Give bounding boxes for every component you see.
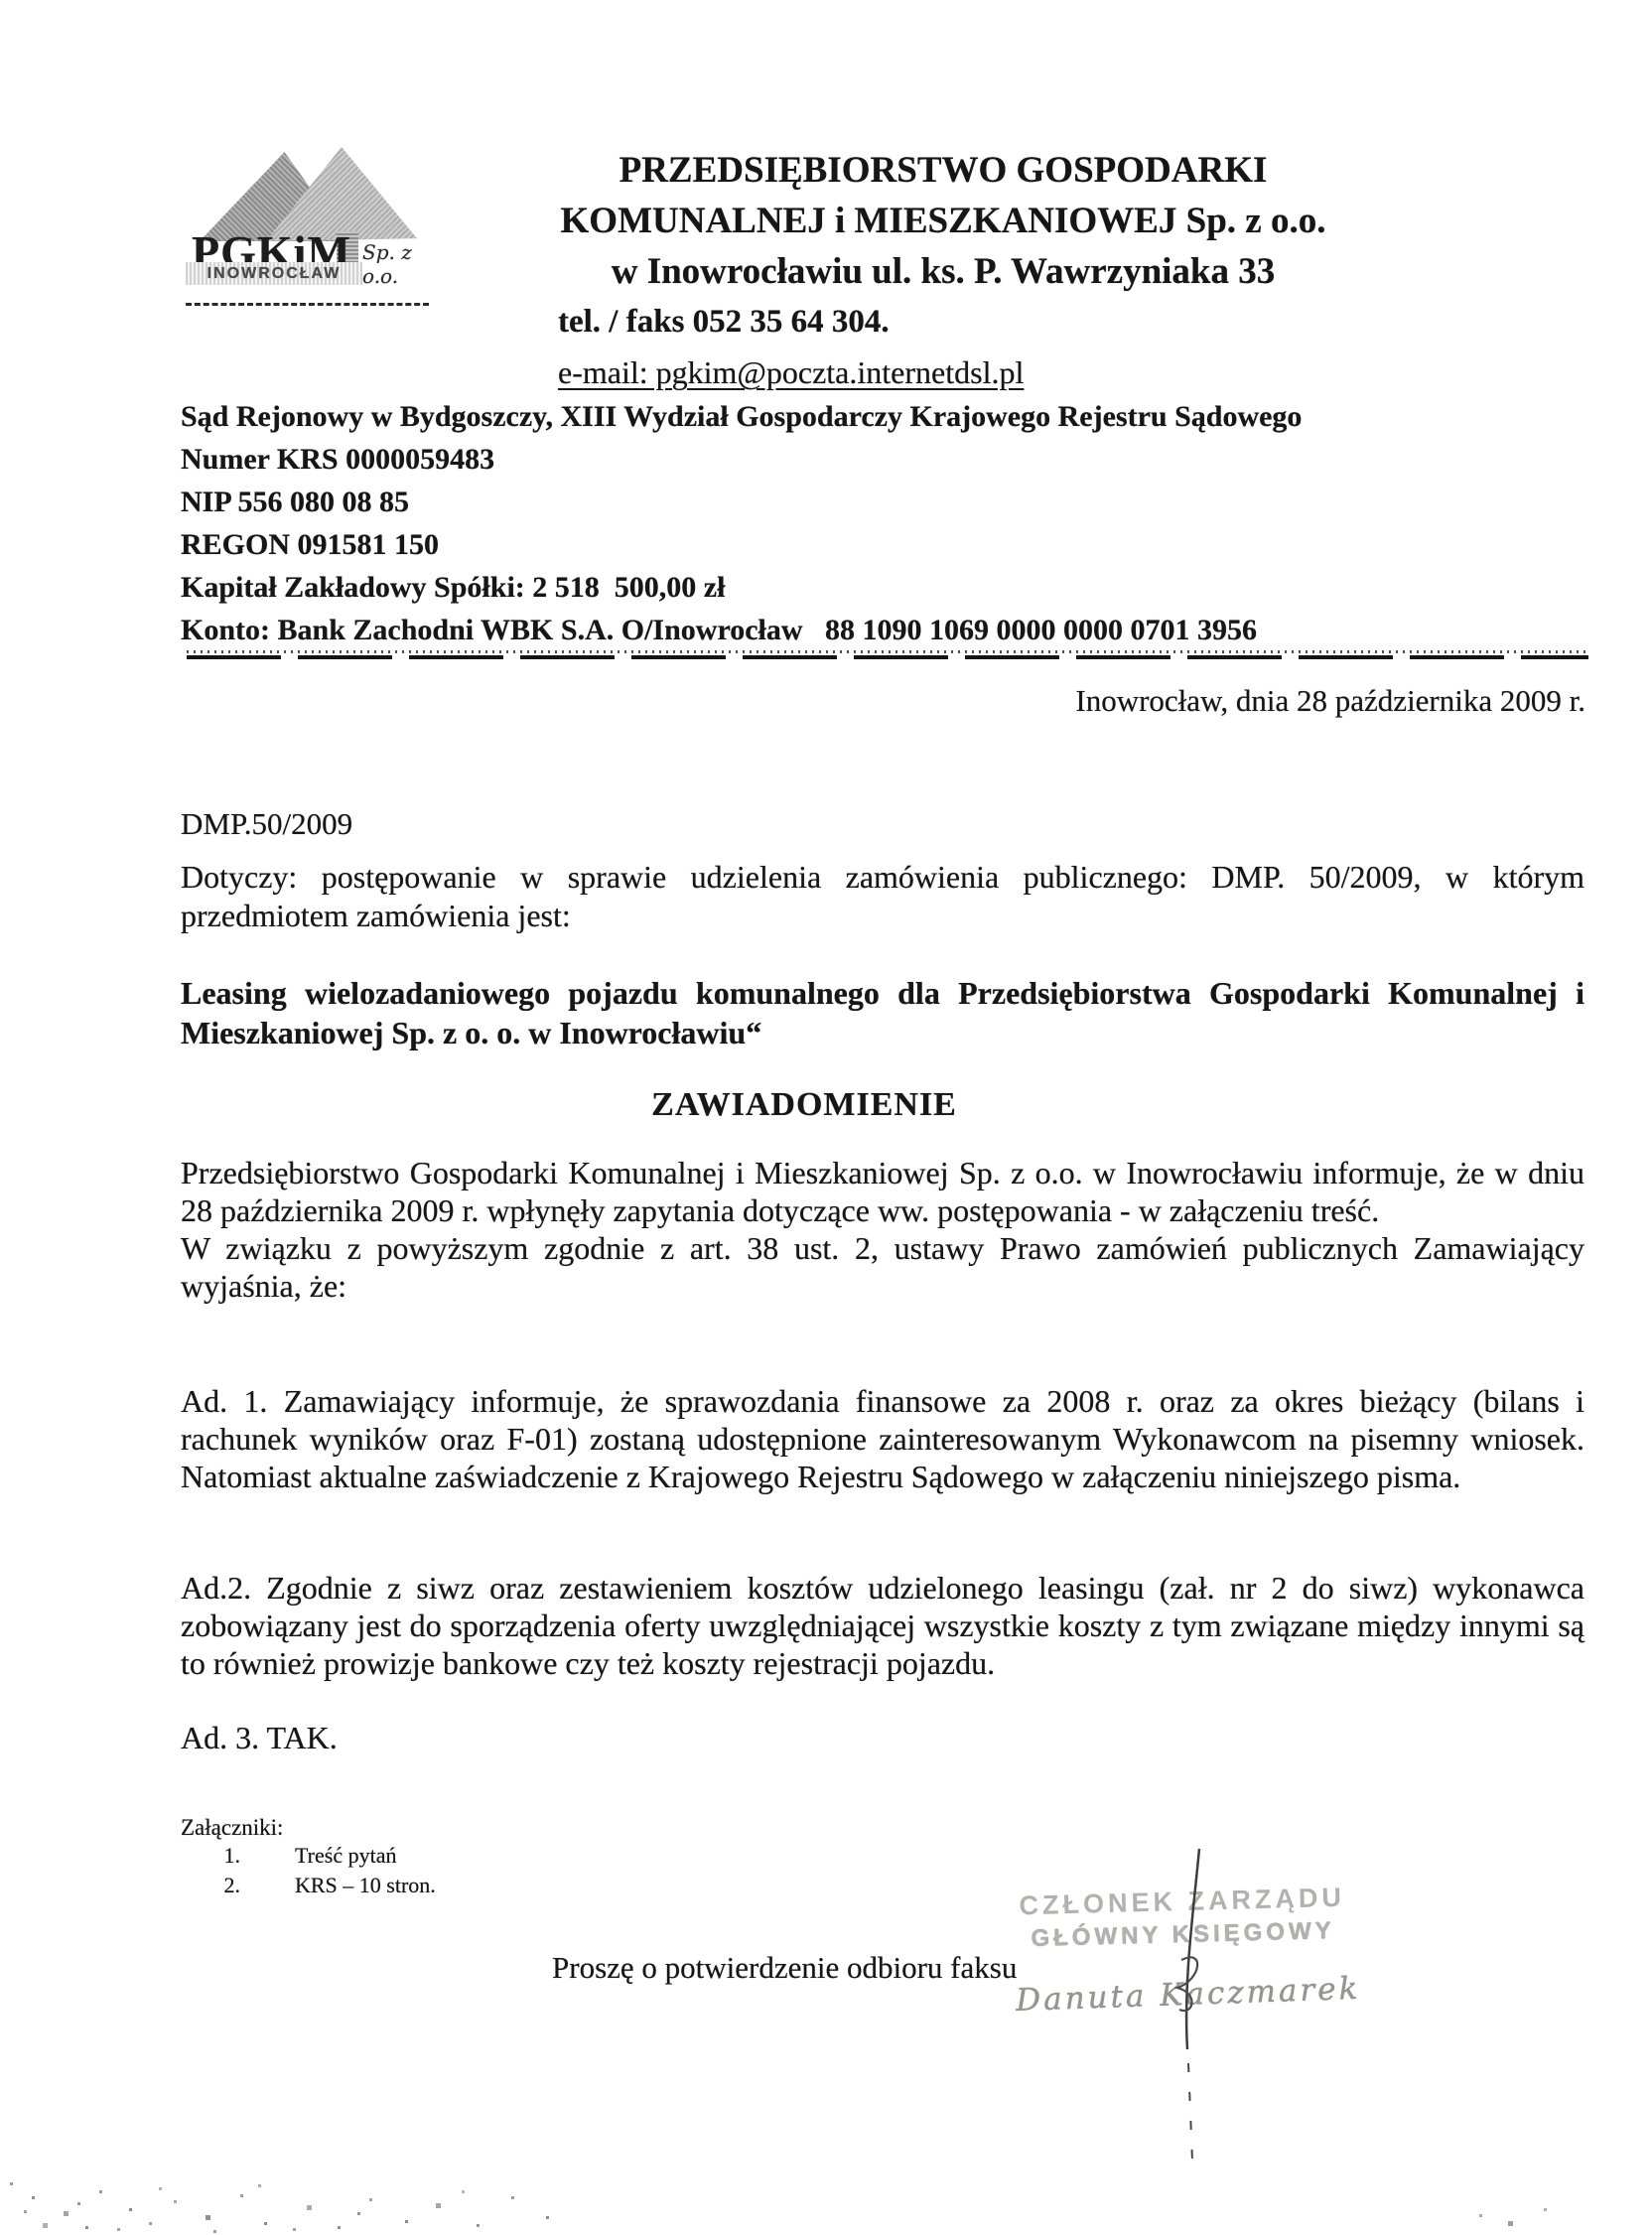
- scanned-letter-page: PGKiM Sp. z o.o. INOWROCŁAW PRZEDSIĘBIOR…: [0, 0, 1652, 2235]
- paragraph-ad1: Ad. 1. Zamawiający informuje, że sprawoz…: [181, 1382, 1584, 1495]
- registry-info: Sąd Rejonowy w Bydgoszczy, XIII Wydział …: [181, 395, 1610, 651]
- scan-noise: [10, 2182, 13, 2185]
- logo-dashed-rule: [186, 303, 429, 306]
- attachment-label: Treść pytań: [240, 1841, 396, 1871]
- date-line: Inowrocław, dnia 28 października 2009 r.: [1075, 683, 1585, 719]
- registry-krs-line: Numer KRS 0000059483: [181, 438, 1610, 481]
- logo-suffix: Sp. z o.o.: [362, 240, 427, 288]
- company-logo: PGKiM Sp. z o.o. INOWROCŁAW: [192, 144, 427, 306]
- attachment-number: 1.: [181, 1841, 240, 1871]
- subject-paragraph: Leasing wielozadaniowego pojazdu komunal…: [181, 973, 1584, 1052]
- attachment-number: 2.: [181, 1871, 240, 1900]
- notice-heading: ZAWIADOMIENIE: [181, 1086, 1428, 1124]
- attachment-item: 1. Treść pytań: [181, 1841, 1584, 1871]
- paragraph-intro: Przedsiębiorstwo Gospodarki Komunalnej i…: [181, 1154, 1584, 1229]
- attachment-label: KRS – 10 stron.: [240, 1871, 436, 1900]
- registry-regon-line: REGON 091581 150: [181, 523, 1610, 566]
- registry-account-line: Konto: Bank Zachodni WBK S.A. O/Inowrocł…: [181, 609, 1610, 651]
- registry-court-line: Sąd Rejonowy w Bydgoszczy, XIII Wydział …: [181, 395, 1610, 438]
- paragraph-ad2: Ad.2. Zgodnie z siwz oraz zestawieniem k…: [181, 1569, 1584, 1682]
- pen-stroke: [1132, 1843, 1271, 2170]
- paragraph-ad3: Ad. 3. TAK.: [181, 1720, 1584, 1756]
- attachments-section: Załączniki: 1. Treść pytań 2. KRS – 10 s…: [181, 1815, 1584, 1900]
- body-intro: Przedsiębiorstwo Gospodarki Komunalnej i…: [181, 1154, 1584, 1305]
- letterhead: PRZEDSIĘBIORSTWO GOSPODARKI KOMUNALNEJ i…: [516, 145, 1370, 398]
- paragraph-legal-basis: W związku z powyższym zgodnie z art. 38 …: [181, 1229, 1584, 1305]
- regarding-paragraph: Dotyczy: postępowanie w sprawie udzielen…: [181, 858, 1584, 935]
- company-name-line-1: PRZEDSIĘBIORSTWO GOSPODARKI: [516, 145, 1370, 196]
- attachment-item: 2. KRS – 10 stron.: [181, 1871, 1584, 1900]
- fax-confirmation-note: Proszę o potwierdzenie odbioru faksu: [552, 1950, 1017, 1986]
- contact-email: e-mail: pgkim@poczta.internetdsl.pl: [516, 348, 1370, 398]
- attachments-label: Załączniki:: [181, 1815, 1584, 1841]
- separator-dashed-rule: [187, 655, 1588, 659]
- logo-town: INOWROCŁAW: [186, 262, 362, 285]
- registry-nip-line: NIP 556 080 08 85: [181, 481, 1610, 523]
- contact-phone: tel. / faks 052 35 64 304.: [516, 297, 1370, 348]
- company-name-line-2: KOMUNALNEJ i MIESZKANIOWEJ Sp. z o.o.: [516, 196, 1370, 246]
- company-address-line: w Inowrocławiu ul. ks. P. Wawrzyniaka 33: [516, 246, 1370, 297]
- letterhead-separator: [187, 650, 1588, 659]
- separator-dotted-rule: [187, 650, 1588, 653]
- reference-number: DMP.50/2009: [181, 806, 1584, 842]
- registry-capital-line: Kapitał Zakładowy Spółki: 2 518 500,00 z…: [181, 566, 1610, 609]
